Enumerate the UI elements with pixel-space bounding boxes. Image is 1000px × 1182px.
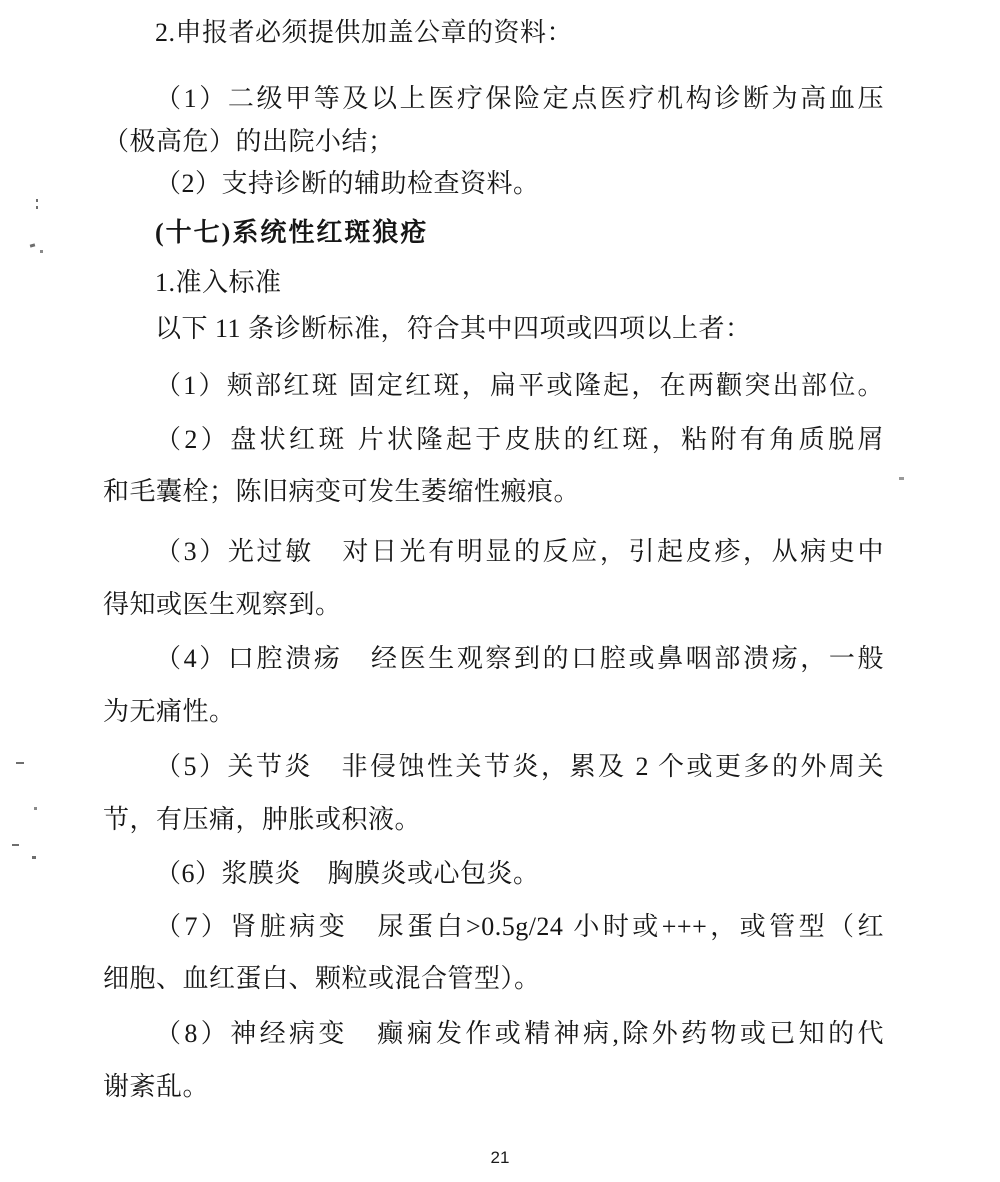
paragraph-line: 为无痛性。 [103, 697, 884, 727]
scan-speckle [12, 844, 19, 846]
document-page: 2.申报者必须提供加盖公章的资料： （1）二级甲等及以上医疗保险定点医疗机构诊断… [0, 0, 1000, 1182]
paragraph-line: （1）二级甲等及以上医疗保险定点医疗机构诊断为高血压 [103, 84, 884, 114]
scan-speckle [30, 243, 36, 247]
scan-speckle [32, 856, 36, 859]
paragraph-line: （2）盘状红斑 片状隆起于皮肤的红斑，粘附有角质脱屑 [103, 425, 884, 455]
scan-speckle [899, 477, 904, 480]
scan-speckle [40, 250, 43, 253]
paragraph-line: （极高危）的出院小结； [103, 127, 884, 157]
section-heading: (十七)系统性红斑狼疮 [103, 218, 884, 248]
paragraph-line: （6）浆膜炎 胸膜炎或心包炎。 [103, 859, 884, 889]
document-body: 2.申报者必须提供加盖公章的资料： （1）二级甲等及以上医疗保险定点医疗机构诊断… [103, 0, 884, 1120]
scan-speckle [36, 199, 38, 202]
scan-speckle [16, 762, 24, 764]
paragraph-line: 细胞、血红蛋白、颗粒或混合管型）。 [103, 964, 884, 994]
paragraph-line: （7）肾脏病变 尿蛋白>0.5g/24 小时或+++，或管型（红 [103, 912, 884, 942]
scan-speckle [34, 807, 37, 810]
paragraph-line: （1）颊部红斑 固定红斑，扁平或隆起，在两颧突出部位。 [103, 371, 884, 401]
paragraph-line: （8）神经病变 癫痫发作或精神病,除外药物或已知的代 [103, 1019, 884, 1049]
paragraph-line: 以下 11 条诊断标准，符合其中四项或四项以上者： [103, 314, 884, 344]
paragraph-line: （2）支持诊断的辅助检查资料。 [103, 169, 884, 199]
page-number: 21 [0, 1148, 1000, 1168]
paragraph-line: （5）关节炎 非侵蚀性关节炎，累及 2 个或更多的外周关 [103, 752, 884, 782]
paragraph-line: 得知或医生观察到。 [103, 590, 884, 620]
paragraph-line: 节，有压痛，肿胀或积液。 [103, 805, 884, 835]
paragraph-line: 1.准入标准 [103, 268, 884, 298]
paragraph-line: 和毛囊栓；陈旧病变可发生萎缩性瘢痕。 [103, 477, 884, 507]
paragraph-line: （4）口腔溃疡 经医生观察到的口腔或鼻咽部溃疡，一般 [103, 644, 884, 674]
paragraph-line: （3）光过敏 对日光有明显的反应，引起皮疹，从病史中 [103, 537, 884, 567]
paragraph-line: 谢紊乱。 [103, 1072, 884, 1102]
paragraph-line: 2.申报者必须提供加盖公章的资料： [103, 18, 884, 48]
